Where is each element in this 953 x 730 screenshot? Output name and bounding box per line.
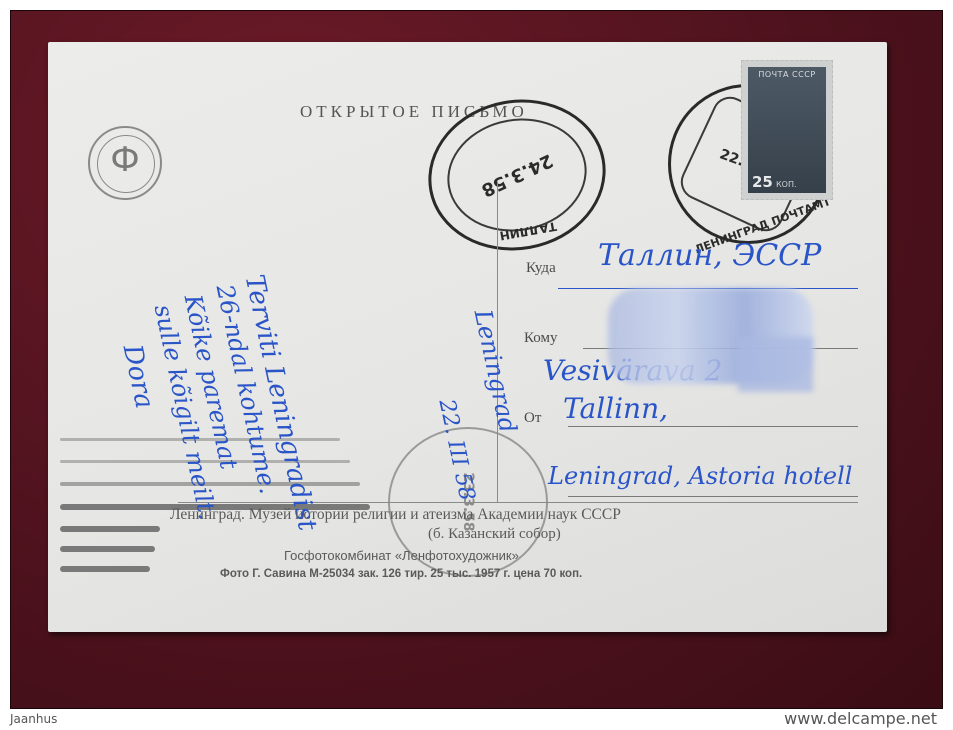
handwritten-sender: Leningrad, Astoria hotell [548, 462, 852, 490]
stamp-face: ПОЧТА СССР 25 КОП. [748, 67, 826, 193]
stamp-country: ПОЧТА СССР [748, 70, 826, 79]
publisher-logo-icon: Ф [88, 126, 162, 200]
caption-line: Ленинград. Музей истории религии и атеиз… [170, 506, 621, 524]
cancel-wavy-line [60, 526, 160, 532]
stamp-unit: КОП. [776, 180, 797, 189]
postage-stamp: ПОЧТА СССР 25 КОП. [741, 60, 833, 200]
handwritten-place: Leningrad [469, 307, 522, 435]
seller-name: Jaanhus [10, 712, 57, 726]
handwritten-signature: Dora [117, 342, 160, 411]
address-line [568, 426, 858, 427]
caption-line: Фото Г. Савина М-25034 зак. 126 тир. 25 … [220, 568, 582, 580]
logo-glyph: Ф [90, 140, 160, 180]
caption-rule [178, 502, 858, 503]
address-line [568, 496, 858, 497]
redacted-house-number [738, 337, 813, 392]
caption-line: Госфотокомбинат «Ленфотохудожник» [284, 548, 519, 563]
postcard: ОТКРЫТОЕ ПИСЬМО Ф 24.3.58 ТАЛЛИН 22.3.58… [48, 42, 887, 632]
handwritten-address-where: Таллин, ЭССР [598, 238, 821, 273]
cancel-wavy-line [60, 546, 155, 552]
caption-line: (б. Казанский собор) [428, 526, 561, 543]
cancel-wavy-line [60, 566, 150, 572]
label-to-whom: Кому [524, 330, 557, 347]
stamp-value: 25 [752, 173, 773, 191]
label-from: От [524, 410, 541, 427]
handwritten-address-city: Tallinn, [563, 392, 668, 425]
label-where: Куда [526, 260, 556, 277]
site-watermark: www.delcampe.net [784, 709, 937, 728]
